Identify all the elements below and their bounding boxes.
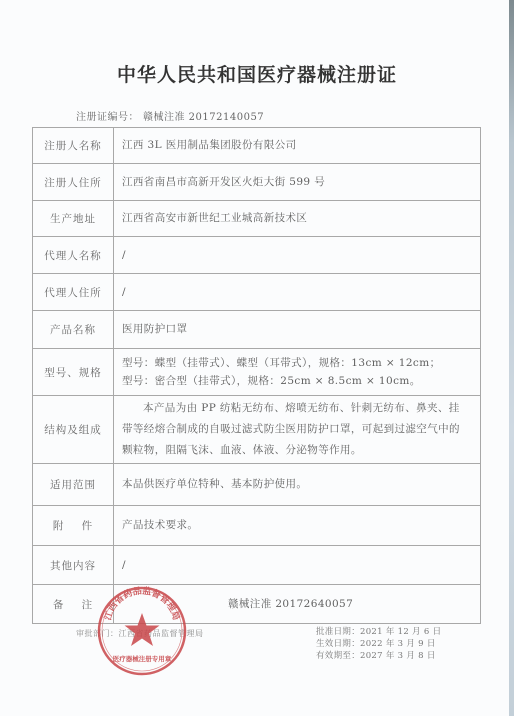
seal-stamp-icon: 江西省药品监督管理局 医疗器械注册专用章 bbox=[96, 585, 188, 677]
row-value: 江西省南昌市高新开发区火炬大街 599 号 bbox=[114, 164, 481, 201]
registration-number: 注册证编号：赣械注准 20172140057 bbox=[76, 108, 264, 123]
row-label: 附 件 bbox=[33, 506, 114, 546]
table-row: 其他内容 / bbox=[33, 546, 481, 585]
row-value: 型号：蝶型（挂带式）、蝶型（耳带式），规格：13cm × 12cm； 型号：密合… bbox=[114, 349, 481, 396]
row-label: 生产地址 bbox=[33, 201, 114, 237]
table-row: 代理人住所 / bbox=[33, 274, 481, 311]
registration-number-value: 赣械注准 20172140057 bbox=[143, 112, 264, 123]
document-title: 中华人民共和国医疗器械注册证 bbox=[0, 60, 514, 87]
row-value: / bbox=[114, 546, 481, 585]
row-value: 产品技术要求。 bbox=[114, 506, 481, 546]
table-row: 型号、规格 型号：蝶型（挂带式）、蝶型（耳带式），规格：13cm × 12cm；… bbox=[33, 349, 481, 396]
expiry-date: 有效期至：2027 年 3 月 8 日 bbox=[316, 650, 441, 662]
row-value: / bbox=[114, 274, 481, 311]
row-value: 江西 3L 医用制品集团股份有限公司 bbox=[114, 128, 481, 164]
official-seal: 江西省药品监督管理局 医疗器械注册专用章 bbox=[96, 585, 188, 677]
table-row: 注册人名称 江西 3L 医用制品集团股份有限公司 bbox=[33, 128, 481, 164]
dates-block: 批准日期：2021 年 12 月 6 日 生效日期：2022 年 3 月 9 日… bbox=[316, 626, 441, 662]
row-label: 代理人名称 bbox=[33, 237, 114, 274]
row-label: 代理人住所 bbox=[33, 274, 114, 311]
model-spec-line: 型号：密合型（挂带式），规格：25cm × 8.5cm × 10cm。 bbox=[122, 372, 470, 390]
table-row: 适用范围 本品供医疗单位特种、基本防护使用。 bbox=[33, 464, 481, 506]
row-label: 产品名称 bbox=[33, 311, 114, 349]
registration-number-label: 注册证编号： bbox=[76, 112, 139, 123]
table-row: 产品名称 医用防护口罩 bbox=[33, 311, 481, 349]
row-value: 医用防护口罩 bbox=[114, 311, 481, 349]
row-value: 江西省高安市新世纪工业城高新技术区 bbox=[114, 201, 481, 237]
row-label: 注册人名称 bbox=[33, 128, 114, 164]
table-row: 注册人住所 江西省南昌市高新开发区火炬大街 599 号 bbox=[33, 164, 481, 201]
row-label: 结构及组成 bbox=[33, 396, 114, 464]
table-row: 结构及组成 本产品为由 PP 纺粘无纺布、熔喷无纺布、针刺无纺布、鼻夹、挂带等经… bbox=[33, 396, 481, 464]
row-label: 其他内容 bbox=[33, 546, 114, 585]
model-spec-line: 型号：蝶型（挂带式）、蝶型（耳带式），规格：13cm × 12cm； bbox=[122, 354, 470, 372]
issue-date: 生效日期：2022 年 3 月 9 日 bbox=[316, 638, 441, 650]
row-label: 型号、规格 bbox=[33, 349, 114, 396]
table-row: 生产地址 江西省高安市新世纪工业城高新技术区 bbox=[33, 201, 481, 237]
page-edge-strip bbox=[509, 0, 514, 716]
row-label: 注册人住所 bbox=[33, 164, 114, 201]
remark-value: 赣械注准 20172640057 bbox=[228, 598, 353, 610]
approval-date: 批准日期：2021 年 12 月 6 日 bbox=[316, 626, 441, 638]
row-value: 本产品为由 PP 纺粘无纺布、熔喷无纺布、针刺无纺布、鼻夹、挂带等经熔合制成的自… bbox=[114, 396, 481, 464]
table-row: 代理人名称 / bbox=[33, 237, 481, 274]
certificate-table: 注册人名称 江西 3L 医用制品集团股份有限公司 注册人住所 江西省南昌市高新开… bbox=[32, 127, 481, 624]
row-label: 适用范围 bbox=[33, 464, 114, 506]
table-row: 附 件 产品技术要求。 bbox=[33, 506, 481, 546]
svg-text:医疗器械注册专用章: 医疗器械注册专用章 bbox=[113, 654, 172, 663]
row-value: 本品供医疗单位特种、基本防护使用。 bbox=[114, 464, 481, 506]
row-value: / bbox=[114, 237, 481, 274]
structure-paragraph: 本产品为由 PP 纺粘无纺布、熔喷无纺布、针刺无纺布、鼻夹、挂带等经熔合制成的自… bbox=[122, 398, 470, 461]
